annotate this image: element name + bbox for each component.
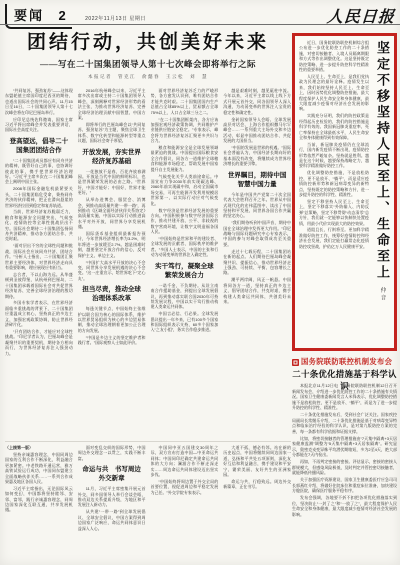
commentary-author: 仲音 xyxy=(379,287,387,302)
continued-column-3: 中国同中亚五国建交30周年之际，双方宣布打造中国—中亚命运共同体；中国同印尼确定… xyxy=(151,445,219,558)
body-paragraph: “中国是多边主义的坚定维护者和践行者。”国际观察人士如此评价。 xyxy=(78,335,146,346)
body-paragraph: 每逢关键节点，中国始终主张维护以联合国为核心的国际体系，维护以世界贸易组织为核心… xyxy=(78,306,146,333)
body-paragraph: 习近平主席指出，无论国际风云如何变幻，中国都将坚持睦邻、安邻、富邻，践行亲诚惠容… xyxy=(5,486,73,513)
section-name: 要闻 xyxy=(14,8,44,23)
article-column-1: “共同复苏、强劲复苏”——这体现东盟轮值主席国印度尼西亚的期待，也道出国际社会的… xyxy=(5,88,73,433)
body-paragraph: 气候变化关乎人类前途命运。中国宣布力争2030年前实现碳达峰、2060年前实现碳… xyxy=(151,174,219,206)
continued-column-1: （上接第一版）坚持亲诚惠容理念，中国同周边国家的互利合作不断深化，利益融合更加紧… xyxy=(5,445,73,558)
body-paragraph: 面对变乱交织的国际形势，中国周边外交理念一以贯之，实践不断丰富。 xyxy=(78,445,146,461)
body-paragraph: “我们期待听到中国声音，期待中国在全球治理中发挥更大作用。”印尼战略与国际问题研… xyxy=(223,220,291,247)
body-paragraph: 中国同中亚五国建交30周年之际，双方宣布打造中国—中亚命运共同体；中国同印尼确定… xyxy=(151,445,219,477)
main-article-body: “共同复苏、强劲复苏”——这体现东盟轮值主席国印度尼西亚的期待，也道出国际社会的… xyxy=(5,88,291,433)
commentary-body: 近日，国务院联防联控机制综合组公布进一步优化防控工作的二十条措施，对密切接触者、… xyxy=(295,36,371,348)
continued-column-2: 面对变乱交织的国际形势，中国周边外交理念一以贯之，实践不断丰富。命运与共 书写周… xyxy=(78,445,146,558)
section-subhead: 命运与共 书写周边外交新章 xyxy=(80,465,144,483)
body-paragraph: 2008年国际金融危机最紧要关头，二十国集团临危受命，秉持同舟共济的伙伴精神，把… xyxy=(5,186,73,208)
body-paragraph: 优化调整防控措施，不是放松防控，更不是放开、“躺平”，而是适应疫情防控新形势和新… xyxy=(299,170,369,197)
article-column-3: 面对世界经济复苏乏力的严峻形势，各方愈发认识到，唯有团结合作才能共克时艰。二十国… xyxy=(151,88,219,433)
body-paragraph: 比如，将密切接触者的管理措施由“7天集中隔离+3天居家健康监测”调整为“5天集中… xyxy=(292,436,397,458)
body-paragraph: 当前，新冠肺炎疫情仍在全球流行，国内新发疫情不断出现，疫情防控形势依然严峻复杂。… xyxy=(299,142,369,169)
body-paragraph: 坚持亲诚惠容理念，中国同周边国家的互利合作不断深化，利益融合更加紧密。中老铁路开… xyxy=(5,452,73,484)
body-paragraph: 金砖国家领导人会晤、全球发展高层对话会、上海合作组织撒马尔罕峰会……一系列重大主… xyxy=(223,117,291,144)
body-paragraph: 志合者，不以山海为远。从华盛顿到圣彼得堡，从杭州到巴厘岛，二十国集团承载着国际社… xyxy=(5,272,73,299)
body-paragraph: 粮食和能源安全是全球发展领域最紧迫的挑战。中国提出国际粮食安全合作倡议，同各方一… xyxy=(151,145,219,172)
body-paragraph: 从举办进博会、服贸会、消博会，到推动高质量共建“一带一路”，再到推动《区域全面经… xyxy=(78,197,146,229)
section-subhead: 登高望远，倡导二十国集团团结合作 xyxy=(7,137,71,155)
press-article-body: 本报北京11月12日电 国务院联防联控机制12日召开新闻发布会，介绍进一步优化防… xyxy=(292,383,397,558)
body-paragraph: 走过十七载历程，二十国集团站在新的起点。人们期待巴厘岛峰会凝聚共识、提振信心，推… xyxy=(223,249,291,276)
body-paragraph: 越是艰难时刻，越见砥柱中流。今年以来，习近平主席以线上线下方式开展元首外交，同各… xyxy=(223,88,291,115)
body-paragraph: 数字经济是世界经济发展的重要方向。中国积极参与数字经济国际合作，推动共建开放、公… xyxy=(151,208,219,235)
body-paragraph: 一花独放不是春，百花齐放春满园。开放是当代中国的鲜明标识，也是世界繁荣发展的必由… xyxy=(78,169,146,196)
body-paragraph: 本报北京11月12日电 国务院联防联控机制12日召开新闻发布会，介绍进一步优化防… xyxy=(292,383,397,411)
header-divider xyxy=(0,24,400,25)
section-bracket: 要闻 2 xyxy=(5,4,72,29)
body-paragraph: “在二十国集团框架内，各方应该加强宏观经济政策协调，共同维护产业链供应链安全稳定… xyxy=(151,117,219,144)
section-subhead: 实干笃行，凝聚全球繁荣发展合力 xyxy=(153,262,217,280)
commentary-vertical-title: 坚定不移坚持人民至上、生命至上 xyxy=(372,41,393,281)
body-paragraph: 实践充分证明，我们的防控政策是经得起历史检验的，我们的防控措施是科学有效的。我国… xyxy=(299,113,369,140)
body-paragraph: “二十国集团成员都应有同舟共济的精神，既管好自己的事，也协调好彼此的事，携手把世… xyxy=(5,158,73,185)
body-paragraph: 2016年杭州峰会以来，习近平主席多次出席或主持二十国集团领导人峰会，深刻阐释对… xyxy=(78,88,146,120)
body-paragraph: 潮平两岸阔，风正一帆悬。中国将同各方一道，坚持真正的多边主义，倡导团结合作，共克… xyxy=(223,277,291,304)
press-kicker-row: 国务院联防联控机制发布会 xyxy=(292,357,397,367)
commentary-box: 近日，国务院联防联控机制综合组公布进一步优化防控工作的二十条措施，对密切接触者、… xyxy=(292,33,397,351)
body-paragraph: 发布会强调，各地要不折不扣把各项优化措施落实到位，坚决防止“一封了之”和“一放了… xyxy=(292,495,397,517)
body-paragraph: 二十条优化措施发布后，受到社会广泛关注。国家疾控局副局长常继乐介绍，二十条优化措… xyxy=(292,412,397,434)
article-column-2: 2016年杭州峰会以来，习近平主席多次出席或主持二十国集团领导人峰会，深刻阐释对… xyxy=(78,88,146,433)
press-briefing-icon xyxy=(292,359,299,366)
body-paragraph: 再如，不再判定密接的密接。评估显示，密接的密接人群规模大，但感染风险极低，及时判… xyxy=(292,459,397,476)
continuation-note: （上接第一版） xyxy=(5,445,73,450)
continued-column-4: 大道不孤，德必有邻。站在新的历史起点，中国将继续同周边国家一道，弘扬和平共处五项… xyxy=(223,445,291,558)
body-paragraph: “面对层出不穷的全球性问题和挑战，国际社会应该同舟共济、团结合作。”分析人士指出… xyxy=(5,243,73,270)
body-paragraph: “共同复苏、强劲复苏”——这体现东盟轮值主席国印度尼西亚的期待，也道出国际社会的… xyxy=(5,88,73,115)
main-article-header: 团结行动，共创美好未来 ——写在二十国集团领导人第十七次峰会即将举行之际 本报记… xyxy=(5,31,291,80)
body-paragraph: 国际货币基金组织最新报告预计，今年世界经济增长率为3.2%，明年将进一步放缓至2… xyxy=(78,231,146,258)
body-paragraph: 坚定不移坚持人民至上、生命至上，坚定不移落实“外防输入、内防反弹”总策略，坚定不… xyxy=(299,199,369,226)
body-paragraph: “中国扩大高水平开放的决心不会变，同世界分享发展机遇的决心不会变。”这一庄重宣示… xyxy=(78,260,146,282)
body-paragraph: 一诺千金，不负期待。从设立南南合作援助基金，到提出全球发展倡议，再到推动落实联合… xyxy=(151,283,219,310)
body-paragraph: 关于加强医疗资源建设，国家卫生健康委医疗应急司司长郭燕红介绍，将做好住院床位和重… xyxy=(292,477,397,494)
body-paragraph: 从共建“一带一路”到全球发展倡议、全球安全倡议，中国方案得到周边国家广泛响应，命… xyxy=(78,509,146,531)
body-paragraph: 人民至上、生命至上，是我们党执政为民理念的最好诠释。疫情发生以来，我们始终坚持人… xyxy=(299,74,369,112)
newspaper-page: 要闻 2 2022年11月13日 星期日 人民日报 团结行动，共创美好未来 ——… xyxy=(0,0,400,565)
main-byline: 本报记者 管克江 俞懿春 王云松 刘 慧 xyxy=(5,74,291,80)
page-header: 要闻 2 2022年11月13日 星期日 人民日报 xyxy=(5,4,395,23)
body-paragraph: “中国始终是世界和平的建设者、全球发展的贡献者、国际秩序的维护者。”多国人士表示… xyxy=(151,236,219,258)
body-paragraph: “中国始终将周边置于外交全局的首要位置，视促进周边和平稳定发展为己任。”外交学院… xyxy=(151,479,219,495)
body-paragraph: 大道不孤，德必有邻。站在新的历史起点，中国将继续同周边国家一道，弘扬和平共处五项… xyxy=(223,445,291,477)
body-paragraph: 中国言必信、行必果。全球发展倡议提出一年多来，已有100多个国家和国际组织表示支… xyxy=(151,311,219,333)
body-paragraph: 道阻且长，行则将至。更加科学精准做好防控工作，统筹好疫情防控和经济社会发展，我们… xyxy=(299,227,369,249)
section-subhead: 世界瞩目，期待中国智慧中国力量 xyxy=(225,171,289,189)
publication-date: 2022年11月13日 星期日 xyxy=(85,16,146,22)
body-paragraph: 近日，国务院联防联控机制综合组公布进一步优化防控工作的二十条措施，对密切接触者、… xyxy=(299,40,369,72)
body-paragraph: “只有团结合作，才能应对全球性挑战。”印尼学者认为，巴厘岛峰会是凝聚共识的重要契… xyxy=(5,329,73,356)
body-paragraph: 应印尼总统佐科邀请，国家主席习近平将出席峰会并发表重要讲话，国际社会高度关注。 xyxy=(5,117,73,133)
body-paragraph: 11月，习近平主席密集开展元首外交，同多国领导人举行会谈会晤，推动双边关系提质升… xyxy=(78,486,146,508)
page-number: 2 xyxy=(58,8,65,23)
press-kicker-label: 国务院联防联控机制发布会 xyxy=(301,357,392,367)
body-paragraph: 多国专家学者表示，在世界经济面临多重挑战的背景下，二十国集团应重温成立初心，坚持… xyxy=(5,300,73,327)
body-paragraph: 当前，世界经济复苏脆弱乏力，粮食和能源安全问题突出，气候变化、疫情防控等全球性挑… xyxy=(5,209,73,241)
main-headline: 团结行动，共创美好未来 xyxy=(5,31,291,55)
body-paragraph: 今年是中国共产党第二十次全国代表大会胜利召开之年。世界从中国式现代化的宏伟蓝图中… xyxy=(223,192,291,219)
article-column-4: 越是艰难时刻，越见砥柱中流。今年以来，习近平主席以线上线下方式开展元首外交，同各… xyxy=(223,88,291,433)
commentary-title-column: 坚定不移坚持人民至上、生命至上 仲音 xyxy=(371,36,394,348)
section-subhead: 担当尽责，推动全球治理体系改革 xyxy=(80,285,144,303)
section-subhead: 开放发展，夯实世界经济复苏基础 xyxy=(80,148,144,166)
body-paragraph: “中国的发展是世界的机遇。”国际社会普遍认为，中国经济长期向好的基本面没有改变，… xyxy=(223,145,291,167)
continued-article: （上接第一版）坚持亲诚惠容理念，中国同周边国家的互利合作不断深化，利益融合更加紧… xyxy=(5,441,291,558)
body-paragraph: 命运与共，行稳致远。周边外交新篇章，正在书写。 xyxy=(223,479,291,490)
body-paragraph: 即将举行的巴厘岛峰会以“共同复苏、强劲复苏”为主题，聚焦全球卫生体系、数字化转型… xyxy=(78,122,146,144)
body-paragraph: 面对世界经济复苏乏力的严峻形势，各方愈发认识到，唯有团结合作才能共克时艰。二十国… xyxy=(151,88,219,115)
main-subtitle: ——写在二十国集团领导人第十七次峰会即将举行之际 xyxy=(5,58,291,70)
